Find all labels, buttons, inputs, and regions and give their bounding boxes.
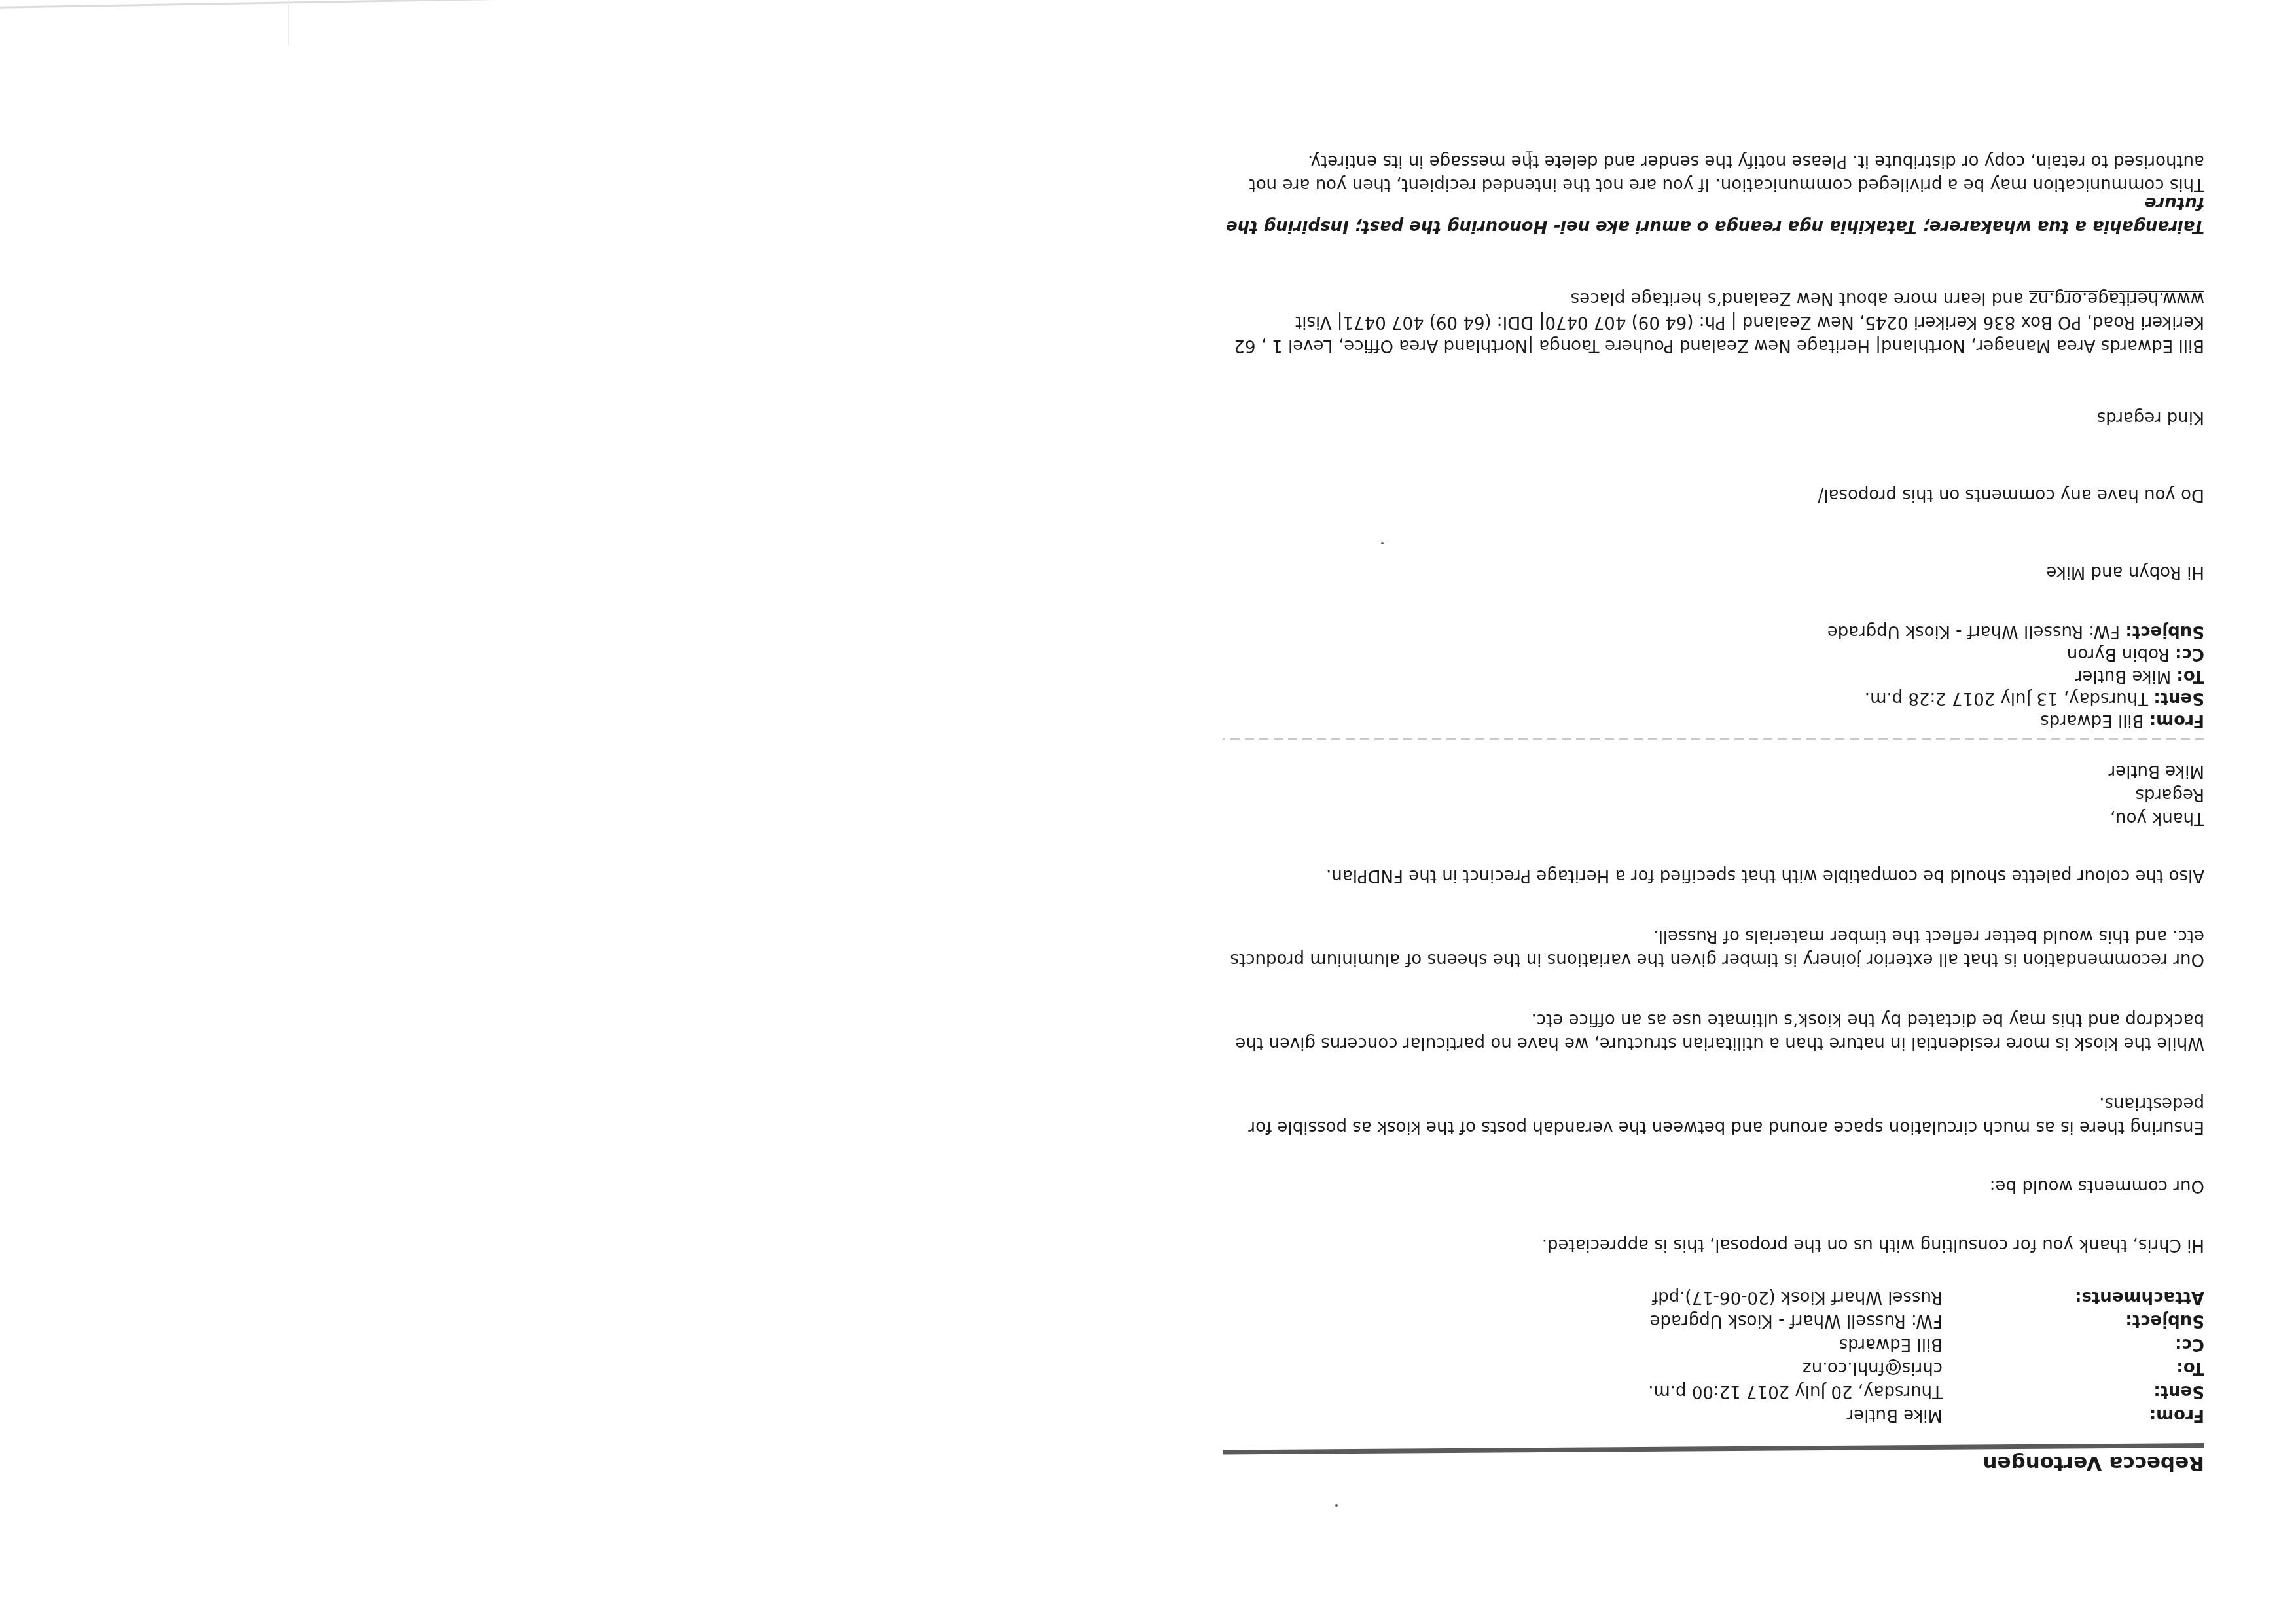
- header-value: Mike Butler: [1847, 1403, 1943, 1427]
- disclaimer-line: This communication may be a privileged c…: [1223, 173, 2204, 196]
- header-row-attachments: Attachments: Russel Wharf Kiosk (20-06-1…: [1648, 1285, 2204, 1309]
- signature-line: Kerikeri Road, PO Box 836 Kerikeri 0245,…: [1223, 310, 2204, 334]
- header-label: Cc:: [1943, 1332, 2204, 1356]
- header-row-sent: Sent: Thursday, 20 July 2017 12:00 p.m.: [1648, 1380, 2204, 1403]
- forwarded-header: From: Bill Edwards Sent: Thursday, 13 Ju…: [1827, 620, 2204, 732]
- scanned-email-page: Rebecca Vertongen From: Mike Butler Sent…: [0, 0, 2296, 1623]
- header-label: Subject:: [1943, 1309, 2204, 1332]
- fwd-subject: FW: Russell Wharf - Kiosk Upgrade: [1827, 622, 2120, 641]
- fwd-sent: Thursday, 13 July 2017 2:28 p.m.: [1865, 688, 2148, 708]
- signature-line: Bill Edwards Area Manager, Northland| He…: [1223, 334, 2204, 357]
- fwd-to: Mike Butler: [2075, 666, 2171, 686]
- body-intro: Our comments would be:: [1223, 1174, 2204, 1198]
- header-row-cc: Cc: Bill Edwards: [1648, 1332, 2204, 1356]
- body-greeting: Hi Chris, thank you for consulting with …: [1223, 1233, 2204, 1257]
- fwd-greeting: Hi Robyn and Mike: [1223, 560, 2204, 584]
- disclaimer-line: authorised to retain, copy or distribute…: [1223, 149, 2204, 173]
- header-label: Attachments:: [1943, 1285, 2204, 1309]
- fwd-closing: Kind regards: [1223, 406, 2204, 429]
- comment-joinery: Our recommendation is that all exterior …: [1223, 924, 2204, 971]
- comment-circulation: Ensuring there is as much circulation sp…: [1223, 1092, 2204, 1139]
- header-value: Thursday, 20 July 2017 12:00 p.m.: [1648, 1380, 1943, 1403]
- signoff-regards: Regards: [1223, 783, 2204, 806]
- signature-line: www.heritage.org.nz and learn more about…: [1223, 287, 2204, 310]
- signoff-thanks: Thank you,: [1223, 806, 2204, 830]
- fwd-cc-label: Cc:: [2175, 644, 2204, 664]
- fwd-disclaimer: This communication may be a privileged c…: [1223, 149, 2204, 196]
- header-label: To:: [1943, 1356, 2204, 1380]
- comment-residential: While the kiosk is more residential in n…: [1223, 1008, 2204, 1055]
- header-label: From:: [1943, 1403, 2204, 1427]
- header-row-from: From: Mike Butler: [1648, 1403, 2204, 1427]
- mailbox-owner-name: Rebecca Vertongen: [1982, 1452, 2204, 1475]
- fwd-subject-label: Subject:: [2125, 622, 2204, 641]
- fwd-to-label: To:: [2176, 666, 2204, 686]
- forwarded-divider: [1223, 738, 2204, 740]
- heritage-website-link[interactable]: www.heritage.org.nz: [2029, 289, 2204, 308]
- page-number: 1: [1525, 147, 1534, 164]
- fwd-tagline: Tairangahia a tua whakarere; Tatakihia n…: [1223, 191, 2204, 238]
- signoff: Thank you, Regards Mike Butler: [1223, 759, 2204, 830]
- header-row-subject: Subject: FW: Russell Wharf - Kiosk Upgra…: [1648, 1309, 2204, 1332]
- fwd-sent-label: Sent:: [2153, 688, 2204, 708]
- attachment-name: Russel Wharf Kiosk (20-06-17).pdf: [1652, 1285, 1943, 1309]
- header-value: Bill Edwards: [1839, 1332, 1943, 1356]
- header-value: chris@fnhl.co.nz: [1803, 1356, 1943, 1380]
- signature-text: and learn more about New Zealand’s herit…: [1571, 289, 2029, 308]
- header-value: FW: Russell Wharf - Kiosk Upgrade: [1650, 1309, 1943, 1332]
- email-header: From: Mike Butler Sent: Thursday, 20 Jul…: [1648, 1285, 2204, 1427]
- fwd-from: Bill Edwards: [2040, 711, 2144, 730]
- comment-colour-palette: Also the colour palette should be compat…: [1223, 864, 2204, 887]
- header-label: Sent:: [1943, 1380, 2204, 1403]
- fwd-signature: Bill Edwards Area Manager, Northland| He…: [1223, 287, 2204, 357]
- fwd-from-label: From:: [2149, 711, 2204, 730]
- fwd-cc: Robin Byron: [2067, 644, 2170, 664]
- fwd-question: Do you have any comments on this proposa…: [1223, 483, 2204, 507]
- signoff-name: Mike Butler: [1223, 759, 2204, 783]
- header-row-to: To: chris@fnhl.co.nz: [1648, 1356, 2204, 1380]
